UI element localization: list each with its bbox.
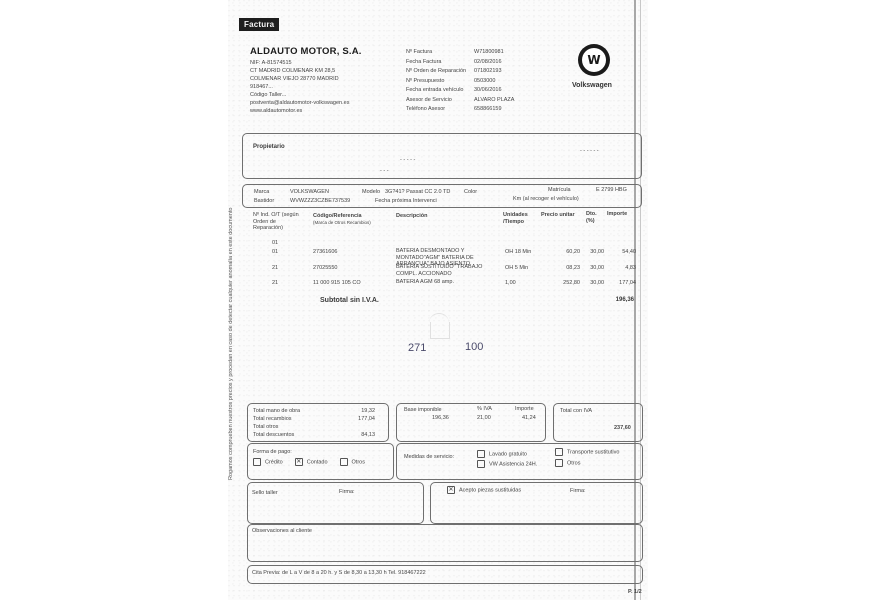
owner-line-2: - - - - - [400, 156, 415, 164]
payment-option-label: Crédito [265, 459, 283, 465]
table-cell-descripcion: BATERIA AGM 68 amp. [396, 279, 500, 286]
table-cell-tipo: 01 [272, 248, 292, 256]
invoice-field-row: Teléfono Asesor658866159 [406, 105, 546, 115]
table-cell-dto: 30,00 [584, 248, 604, 256]
vehicle-modelo-label: Modelo [362, 188, 380, 196]
vehicle-matricula-value: E 2799 HBG [596, 186, 627, 194]
payment-checkbox[interactable] [340, 458, 348, 466]
table-cell-unidades: 1,00 [505, 279, 541, 287]
service-checkbox[interactable] [555, 448, 563, 456]
col-header-descripcion: Descripción [396, 212, 427, 220]
table-cell-codigo: 27025550 [313, 264, 391, 272]
table-cell-importe: 4,83 [604, 264, 636, 272]
col-header-precio: Precio unitar [541, 211, 575, 219]
payment-option-label: Otros [352, 459, 365, 465]
table-cell-tipo: 21 [272, 264, 292, 272]
invoice-field-label: Asesor de Servicio [406, 97, 452, 103]
invoice-field-label: Nº Factura [406, 49, 432, 55]
table-cell-dto: 30,00 [584, 264, 604, 272]
table-cell-tipo: 21 [272, 279, 292, 287]
subtotal-value: 196,36 [604, 296, 634, 305]
totals-row-value: 84,13 [345, 431, 375, 439]
service-label: Medidas de servicio: [404, 453, 454, 461]
brand-name: Volkswagen [572, 82, 612, 89]
col-header-tipo: Nº Ind. O/T (según Orden de Reparación) [253, 212, 305, 232]
service-option[interactable]: Lavado gratuito [477, 450, 527, 458]
company-address-2: COLMENAR VIEJO 28770 MADRID [250, 75, 362, 83]
ghost-watermark-icon [430, 322, 450, 339]
company-address-1: CT MADRID COLMENAR KM 28,5 [250, 67, 362, 75]
invoice-field-row: Fecha entrada vehículo30/06/2016 [406, 86, 546, 96]
payment-option[interactable]: ✕Contado [295, 458, 328, 466]
invoice-fields: Nº FacturaW71800981Fecha Factura02/08/20… [406, 48, 546, 115]
payment-label: Forma de pago: [253, 448, 292, 456]
owner-box [242, 133, 642, 179]
service-option[interactable]: Transporte sustitutivo [555, 448, 619, 456]
invoice-field-value: 0503000 [474, 77, 495, 85]
invoice-field-value: 071802193 [474, 67, 502, 75]
owner-line-3: - - - [380, 167, 389, 175]
payment-option-label: Contado [307, 459, 328, 465]
payment-checkbox[interactable]: ✕ [295, 458, 303, 466]
table-cell-precio: 252,80 [548, 279, 580, 287]
company-email: postventa@aldautomotor-volkswagen.es [250, 99, 362, 107]
service-checkbox[interactable] [477, 450, 485, 458]
service-checkbox[interactable] [477, 460, 485, 468]
tax-base-value: 196,36 [432, 414, 449, 422]
totals-row-value: 19,32 [345, 407, 375, 415]
payment-option[interactable]: Otros [340, 458, 365, 466]
footer-hours: Cita Previa: de L a V de 8 a 20 h. y S d… [252, 569, 426, 577]
tax-importe-value: 41,24 [522, 414, 536, 422]
total-value: 237,60 [614, 424, 631, 432]
document-type-tag: Factura [239, 18, 279, 31]
totals-row-label: Total otros [253, 423, 278, 431]
service-option[interactable]: Otros [555, 459, 580, 467]
stamp-label: Sello taller [252, 489, 278, 497]
col-header-importe: Importe [607, 210, 627, 218]
table-cell-unidades: OH 18 Min [505, 248, 541, 256]
vw-logo-icon: W [578, 44, 610, 76]
service-checkbox[interactable] [555, 459, 563, 467]
invoice-field-label: Fecha Factura [406, 59, 441, 65]
vehicle-bastidor-value: WVWZZZ3CZBE737539 [290, 197, 350, 205]
table-cell-precio: 08,23 [548, 264, 580, 272]
overlay-number-left: 271 [408, 342, 426, 354]
side-note: Rogamos comprueben nuestros precios y pr… [228, 208, 234, 480]
totals-row-value: 177,04 [345, 415, 375, 423]
service-option-label: VW Asistencia 24H. [489, 461, 537, 467]
tax-pct-value: 21,00 [477, 414, 491, 422]
invoice-field-value: 02/08/2016 [474, 58, 502, 66]
company-block: ALDAUTO MOTOR, S.A. NIF: A-81574515 CT M… [250, 46, 362, 115]
vehicle-km-label: Km (al recoger el vehículo) [513, 195, 579, 203]
vehicle-fecha-label: Fecha próxima Intervenci [375, 197, 437, 205]
table-cell-importe: 54,40 [604, 248, 636, 256]
vehicle-marca-value: VOLKSWAGEN [290, 188, 329, 196]
invoice-field-label: Nº Presupuesto [406, 78, 444, 84]
vw-logo-glyph: W [582, 48, 606, 72]
subtotal-label: Subtotal sin I.V.A. [320, 297, 379, 306]
vehicle-matricula-label: Matrícula [548, 186, 571, 194]
owner-label: Propietario [253, 143, 285, 152]
col-header-dto: Dto. (%) [586, 211, 600, 225]
tax-pct-label: % IVA [477, 405, 492, 413]
company-name: ALDAUTO MOTOR, S.A. [250, 46, 362, 57]
service-option-label: Otros [567, 460, 580, 466]
table-cell-precio: 60,20 [548, 248, 580, 256]
invoice-field-value: 658866159 [474, 105, 502, 113]
overlay-number-right: 100 [465, 341, 483, 353]
totals-row-label: Total mano de obra [253, 407, 300, 415]
company-web: www.aldautomotor.es [250, 107, 362, 115]
vehicle-modelo-value: 3G?41? Passat CC 2.0 TD [385, 188, 450, 196]
payment-checkbox[interactable] [253, 458, 261, 466]
vehicle-marca-label: Marca [254, 188, 269, 196]
invoice-field-value: ALVARO PLAZA [474, 96, 514, 104]
tax-importe-label: Importe [515, 405, 534, 413]
firma2-label: Firma: [570, 487, 586, 495]
vehicle-bastidor-label: Bastidor [254, 197, 274, 205]
firma-label: Firma: [339, 488, 355, 496]
totals-row-label: Total descuentos [253, 431, 294, 439]
company-contact: Código Taller... [250, 91, 362, 99]
invoice-field-row: Fecha Factura02/08/2016 [406, 58, 546, 68]
vehicle-color-label: Color [464, 188, 477, 196]
table-cell-tipo: 01 [272, 239, 292, 247]
payment-option[interactable]: Crédito [253, 458, 283, 466]
invoice-field-row: Nº Orden de Reparación071802193 [406, 67, 546, 77]
page-number: P. 1/2 [628, 588, 642, 596]
col-header-unidades: Unidades /Tiempo [503, 212, 535, 226]
invoice-field-value: 30/06/2016 [474, 86, 502, 94]
company-nif: NIF: A-81574515 [250, 59, 362, 67]
payment-options: Crédito✕ContadoOtros [253, 458, 365, 466]
service-option-label: Transporte sustitutivo [567, 449, 619, 455]
invoice-field-row: Nº Presupuesto0503000 [406, 77, 546, 87]
accept-parts[interactable]: ✕Acepto piezas sustituidas [447, 486, 521, 494]
service-option-label: Lavado gratuito [489, 451, 527, 457]
invoice-field-row: Asesor de ServicioALVARO PLAZA [406, 96, 546, 106]
invoice-field-label: Teléfono Asesor [406, 106, 445, 112]
invoice-field-row: Nº FacturaW71800981 [406, 48, 546, 58]
total-label: Total con IVA [560, 407, 592, 415]
observations-label: Observaciones al cliente [252, 527, 312, 535]
accept-parts-label: Acepto piezas sustituidas [459, 487, 521, 493]
table-cell-codigo: 11 000 915 105 CO [313, 279, 391, 287]
accept-parts-checkbox[interactable]: ✕ [447, 486, 455, 494]
table-cell-codigo: 27361606 [313, 248, 391, 256]
table-cell-dto: 30,00 [584, 279, 604, 287]
table-cell-descripcion: BATERIA SUSTITUIDO" TRABAJO COMPL. ACCIO… [396, 264, 500, 277]
owner-mark: - - - - - - [580, 147, 599, 155]
tax-base-label: Base imponible [404, 406, 442, 414]
company-phone: 918467... [250, 83, 362, 91]
invoice-field-value: W71800981 [474, 48, 504, 56]
service-option[interactable]: VW Asistencia 24H. [477, 460, 537, 468]
totals-row-label: Total recambios [253, 415, 292, 423]
invoice-field-label: Nº Orden de Reparación [406, 68, 466, 74]
col-header-codigo-sub: (Marca de Otros Recambios) [313, 219, 371, 227]
table-cell-importe: 177,04 [604, 279, 636, 287]
invoice-field-label: Fecha entrada vehículo [406, 87, 463, 93]
table-cell-unidades: OH 5 Min [505, 264, 541, 272]
